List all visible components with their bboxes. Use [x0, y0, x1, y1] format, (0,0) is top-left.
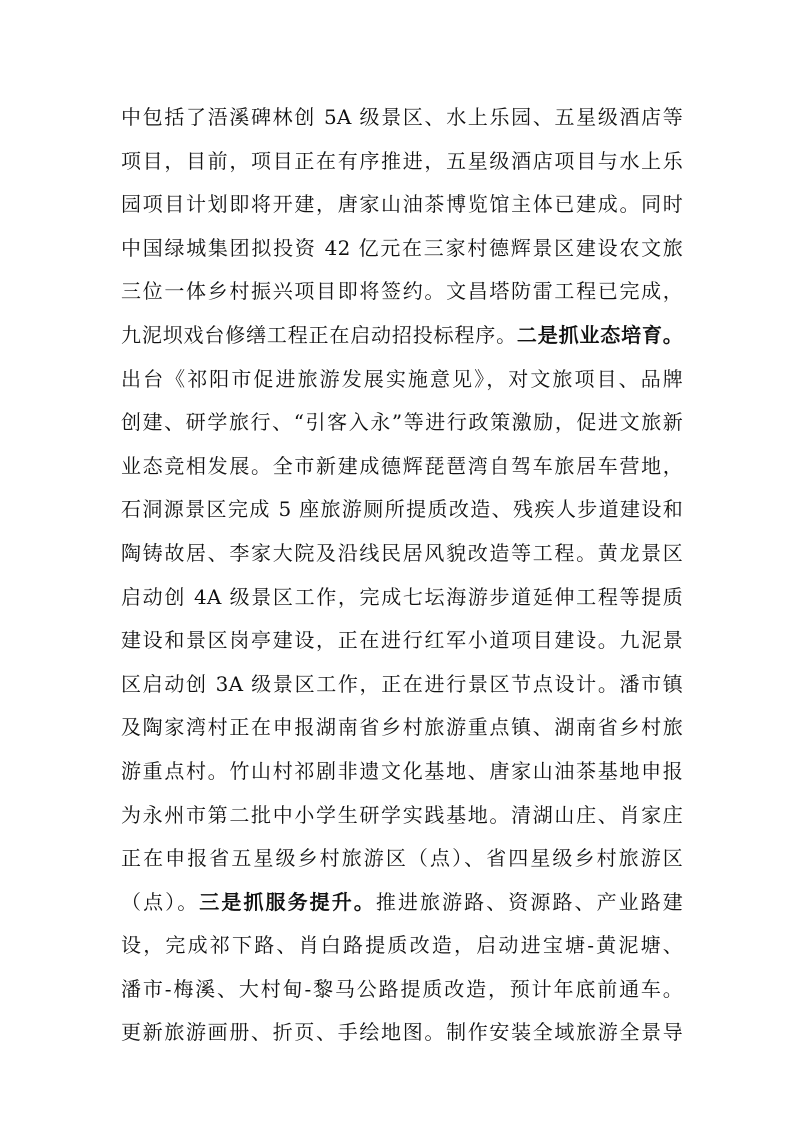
text-segment: 设，完成祁下路、肖白路提质改造，启动进宝塘-黄泥塘、	[121, 933, 683, 957]
text-segment: 创建、研学旅行、“引客入永”等进行政策激励，促进文旅新	[121, 410, 683, 434]
text-segment: 区启动创 3A 级景区工作，正在进行景区节点设计。潘市镇	[121, 672, 683, 696]
text-line: 建设和景区岗亭建设，正在进行红军小道项目建设。九泥景	[121, 619, 683, 663]
text-segment: 正在申报省五星级乡村旅游区（点）、省四星级乡村旅游区	[121, 846, 683, 870]
text-segment: 业态竞相发展。全市新建成德辉琵琶湾自驾车旅居车营地，	[121, 454, 683, 478]
text-line: 游重点村。竹山村祁剧非遗文化基地、唐家山油茶基地申报	[121, 750, 683, 794]
text-segment: 九泥坝戏台修缮工程正在启动招投标程序。	[121, 323, 517, 347]
text-line: 启动创 4A 级景区工作，完成七坛海游步道延伸工程等提质	[121, 576, 683, 620]
text-line: 石洞源景区完成 5 座旅游厕所提质改造、残疾人步道建设和	[121, 488, 683, 532]
text-segment: 游重点村。竹山村祁剧非遗文化基地、唐家山油茶基地申报	[121, 759, 683, 783]
text-line: 创建、研学旅行、“引客入永”等进行政策激励，促进文旅新	[121, 401, 683, 445]
text-line: 更新旅游画册、折页、手绘地图。制作安装全域旅游全景导	[121, 1011, 683, 1055]
bold-heading-phrase: 二是抓业态培育。	[517, 323, 683, 347]
text-line: （点）。三是抓服务提升。推进旅游路、资源路、产业路建	[121, 881, 683, 925]
text-segment: 及陶家湾村正在申报湖南省乡村旅游重点镇、湖南省乡村旅	[121, 715, 683, 739]
text-segment: 园项目计划即将开建，唐家山油茶博览馆主体已建成。同时	[121, 192, 683, 216]
text-segment: 石洞源景区完成 5 座旅游厕所提质改造、残疾人步道建设和	[121, 497, 683, 521]
bold-heading-phrase: 三是抓服务提升。	[199, 890, 376, 914]
text-segment: 启动创 4A 级景区工作，完成七坛海游步道延伸工程等提质	[121, 585, 683, 609]
text-line: 及陶家湾村正在申报湖南省乡村旅游重点镇、湖南省乡村旅	[121, 706, 683, 750]
text-segment: 三位一体乡村振兴项目即将签约。文昌塔防雷工程已完成，	[121, 279, 683, 303]
text-line: 中国绿城集团拟投资 42 亿元在三家村德辉景区建设农文旅	[121, 227, 683, 271]
text-segment: 推进旅游路、资源路、产业路建	[376, 890, 683, 914]
text-line: 正在申报省五星级乡村旅游区（点）、省四星级乡村旅游区	[121, 837, 683, 881]
text-line: 设，完成祁下路、肖白路提质改造，启动进宝塘-黄泥塘、	[121, 924, 683, 968]
text-segment: （点）。	[121, 890, 199, 914]
text-line: 陶铸故居、李家大院及沿线民居风貌改造等工程。黄龙景区	[121, 532, 683, 576]
text-segment: 项目，目前，项目正在有序推进，五星级酒店项目与水上乐	[121, 149, 683, 173]
text-segment: 陶铸故居、李家大院及沿线民居风貌改造等工程。黄龙景区	[121, 541, 683, 565]
text-line: 区启动创 3A 级景区工作，正在进行景区节点设计。潘市镇	[121, 663, 683, 707]
document-page: 中包括了浯溪碑林创 5A 级景区、水上乐园、五星级酒店等项目，目前，项目正在有序…	[121, 96, 683, 1055]
text-segment: 潘市-梅溪、大村甸-黎马公路提质改造，预计年底前通车。	[121, 977, 683, 1001]
text-line: 业态竞相发展。全市新建成德辉琵琶湾自驾车旅居车营地，	[121, 445, 683, 489]
text-line: 中包括了浯溪碑林创 5A 级景区、水上乐园、五星级酒店等	[121, 96, 683, 140]
text-line: 九泥坝戏台修缮工程正在启动招投标程序。二是抓业态培育。	[121, 314, 683, 358]
text-line: 园项目计划即将开建，唐家山油茶博览馆主体已建成。同时	[121, 183, 683, 227]
text-line: 三位一体乡村振兴项目即将签约。文昌塔防雷工程已完成，	[121, 270, 683, 314]
text-line: 项目，目前，项目正在有序推进，五星级酒店项目与水上乐	[121, 140, 683, 184]
text-segment: 出台《祁阳市促进旅游发展实施意见》，对文旅项目、品牌	[121, 367, 683, 391]
text-segment: 中国绿城集团拟投资 42 亿元在三家村德辉景区建设农文旅	[121, 236, 683, 260]
text-line: 潘市-梅溪、大村甸-黎马公路提质改造，预计年底前通车。	[121, 968, 683, 1012]
text-segment: 中包括了浯溪碑林创 5A 级景区、水上乐园、五星级酒店等	[121, 105, 683, 129]
text-segment: 建设和景区岗亭建设，正在进行红军小道项目建设。九泥景	[121, 628, 683, 652]
text-segment: 更新旅游画册、折页、手绘地图。制作安装全域旅游全景导	[121, 1020, 683, 1044]
text-segment: 为永州市第二批中小学生研学实践基地。清湖山庄、肖家庄	[121, 803, 683, 827]
text-line: 为永州市第二批中小学生研学实践基地。清湖山庄、肖家庄	[121, 794, 683, 838]
text-line: 出台《祁阳市促进旅游发展实施意见》，对文旅项目、品牌	[121, 358, 683, 402]
